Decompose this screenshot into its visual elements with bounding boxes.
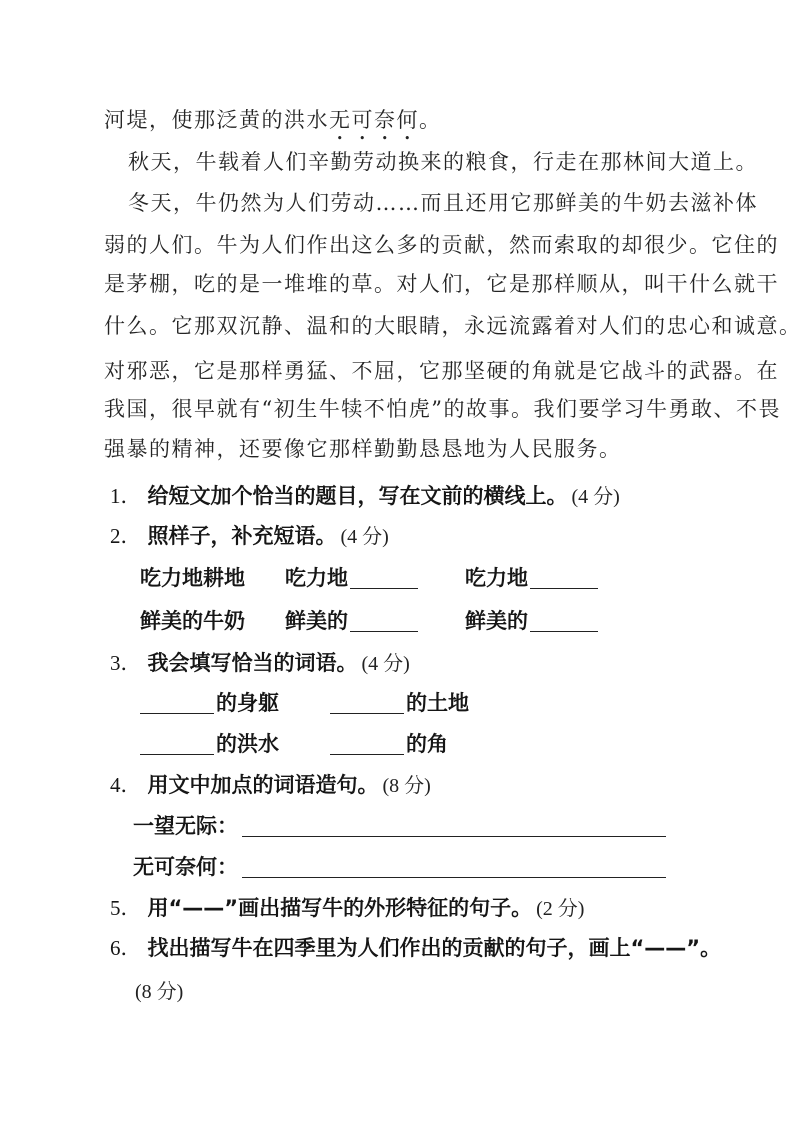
- fill-in-row: 的身躯的土地: [140, 687, 469, 717]
- example-phrase: 鲜美的牛奶: [140, 605, 285, 635]
- target-word: 无可奈何：: [133, 855, 238, 879]
- question-number: 3．: [110, 651, 142, 675]
- question-6-score-line: (8 分): [135, 975, 183, 1004]
- question-2: 2．照样子，补充短语。(4 分): [110, 520, 389, 550]
- question-4: 4．用文中加点的词语造句。(8 分): [110, 769, 431, 799]
- passage-text: 河堤，使那泛黄的洪水: [104, 108, 329, 132]
- question-text: 我会填写恰当的词语。: [148, 651, 358, 675]
- phrase-tail: 的洪水: [216, 732, 279, 756]
- question-3: 3．我会填写恰当的词语。(4 分): [110, 647, 410, 677]
- question-number: 6．: [110, 936, 142, 960]
- phrase-stem: 吃力地: [285, 566, 348, 590]
- score-label: (4 分): [341, 526, 389, 548]
- answer-blank: [140, 711, 214, 714]
- score-label: (8 分): [383, 775, 431, 797]
- fill-in-row: 的洪水的角: [140, 728, 448, 758]
- fill-in-row: 吃力地耕地吃力地吃力地: [140, 562, 598, 592]
- target-word: 一望无际：: [133, 814, 238, 838]
- answer-line: [242, 875, 666, 878]
- phrase-stem: 鲜美的: [285, 609, 348, 633]
- answer-blank: [350, 629, 418, 632]
- answer-blank: [330, 711, 404, 714]
- answer-blank: [530, 586, 598, 589]
- question-1: 1．给短文加个恰当的题目，写在文前的横线上。(4 分): [110, 480, 620, 510]
- question-5: 5．用“——”画出描写牛的外形特征的句子。(2 分): [110, 892, 584, 922]
- question-text: 照样子，补充短语。: [148, 524, 337, 548]
- passage-line: 冬天，牛仍然为人们劳动……而且还用它那鲜美的牛奶去滋补体: [128, 187, 758, 217]
- score-label: (2 分): [536, 898, 584, 920]
- phrase-tail: 的身躯: [216, 691, 279, 715]
- question-number: 2．: [110, 524, 142, 548]
- passage-line: 对邪恶，它是那样勇猛、不屈，它那坚硬的角就是它战斗的武器。在: [104, 355, 779, 385]
- passage-text: 。: [419, 108, 442, 132]
- answer-blank: [140, 752, 214, 755]
- question-text: 用“——”画出描写牛的外形特征的句子。: [148, 896, 533, 920]
- question-text: 用文中加点的词语造句。: [148, 773, 379, 797]
- score-label: (8 分): [135, 981, 183, 1003]
- emphasized-word: 无可奈何: [329, 108, 419, 132]
- question-text: 找出描写牛在四季里为人们作出的贡献的句子，画上“——”。: [148, 936, 722, 960]
- sentence-writing-row: 一望无际：: [133, 810, 666, 840]
- answer-line: [242, 834, 666, 837]
- passage-line: 强暴的精神，还要像它那样勤勤恳恳地为人民服务。: [104, 433, 622, 463]
- question-number: 1．: [110, 484, 142, 508]
- example-phrase: 吃力地耕地: [140, 562, 285, 592]
- fill-in-row: 鲜美的牛奶鲜美的鲜美的: [140, 605, 598, 635]
- passage-line: 河堤，使那泛黄的洪水无可奈何。: [104, 104, 442, 145]
- score-label: (4 分): [572, 486, 620, 508]
- passage-line: 什么。它那双沉静、温和的大眼睛，永远流露着对人们的忠心和诚意。: [104, 310, 793, 340]
- answer-blank: [530, 629, 598, 632]
- phrase-tail: 的土地: [406, 691, 469, 715]
- phrase-tail: 的角: [406, 732, 448, 756]
- passage-line: 我国，很早就有“初生牛犊不怕虎”的故事。我们要学习牛勇敢、不畏: [104, 393, 781, 423]
- question-text: 给短文加个恰当的题目，写在文前的横线上。: [148, 484, 568, 508]
- passage-line: 弱的人们。牛为人们作出这么多的贡献，然而索取的却很少。它住的: [104, 229, 779, 259]
- score-label: (4 分): [362, 653, 410, 675]
- passage-line: 是茅棚，吃的是一堆堆的草。对人们，它是那样顺从，叫干什么就干: [104, 268, 779, 298]
- passage-line: 秋天，牛载着人们辛勤劳动换来的粮食，行走在那林间大道上。: [128, 146, 758, 176]
- question-6: 6．找出描写牛在四季里为人们作出的贡献的句子，画上“——”。: [110, 932, 721, 962]
- answer-blank: [350, 586, 418, 589]
- question-number: 5．: [110, 896, 142, 920]
- phrase-stem: 鲜美的: [465, 609, 528, 633]
- sentence-writing-row: 无可奈何：: [133, 851, 666, 881]
- phrase-stem: 吃力地: [465, 566, 528, 590]
- question-number: 4．: [110, 773, 142, 797]
- worksheet-page: 河堤，使那泛黄的洪水无可奈何。 秋天，牛载着人们辛勤劳动换来的粮食，行走在那林间…: [0, 0, 793, 1122]
- answer-blank: [330, 752, 404, 755]
